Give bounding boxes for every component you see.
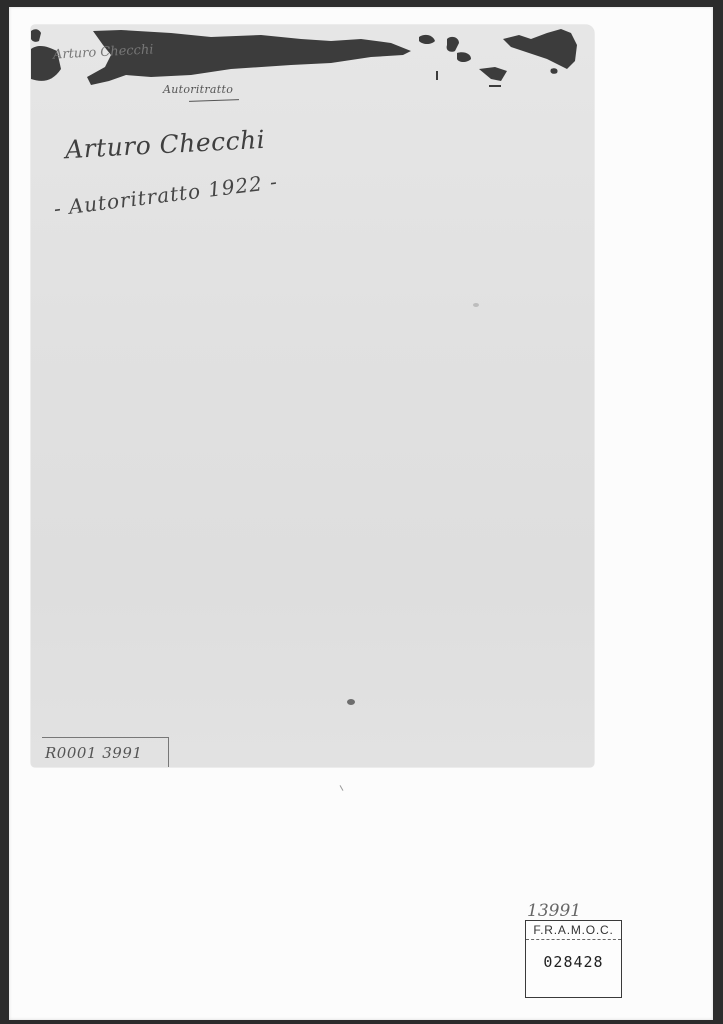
tape-residue-stain [31,25,594,115]
archive-code: R0001 3991 [45,744,142,762]
handwritten-artist-name: Arturo Checchi [64,125,265,164]
stamp-inventory-number: 028428 [526,953,621,971]
stain-speck [347,699,355,705]
framoc-stamp: F.R.A.M.O.C. 028428 [525,920,622,998]
stamp-organization: F.R.A.M.O.C. [526,923,621,940]
handwritten-caption: - Autoritratto 1922 - [52,169,279,220]
archive-code-box: R0001 3991 [42,737,169,767]
handwritten-stamp-number: 13991 [527,901,581,921]
pencil-mark [340,785,344,791]
scan-frame: Arturo Checchi Autoritratto Arturo Checc… [0,0,723,1024]
photograph-verso: Arturo Checchi Autoritratto Arturo Checc… [31,25,594,767]
handwritten-title-label: Autoritratto [163,83,233,96]
stain-speck [473,303,479,307]
mount-sheet: Arturo Checchi Autoritratto Arturo Checc… [9,7,713,1020]
